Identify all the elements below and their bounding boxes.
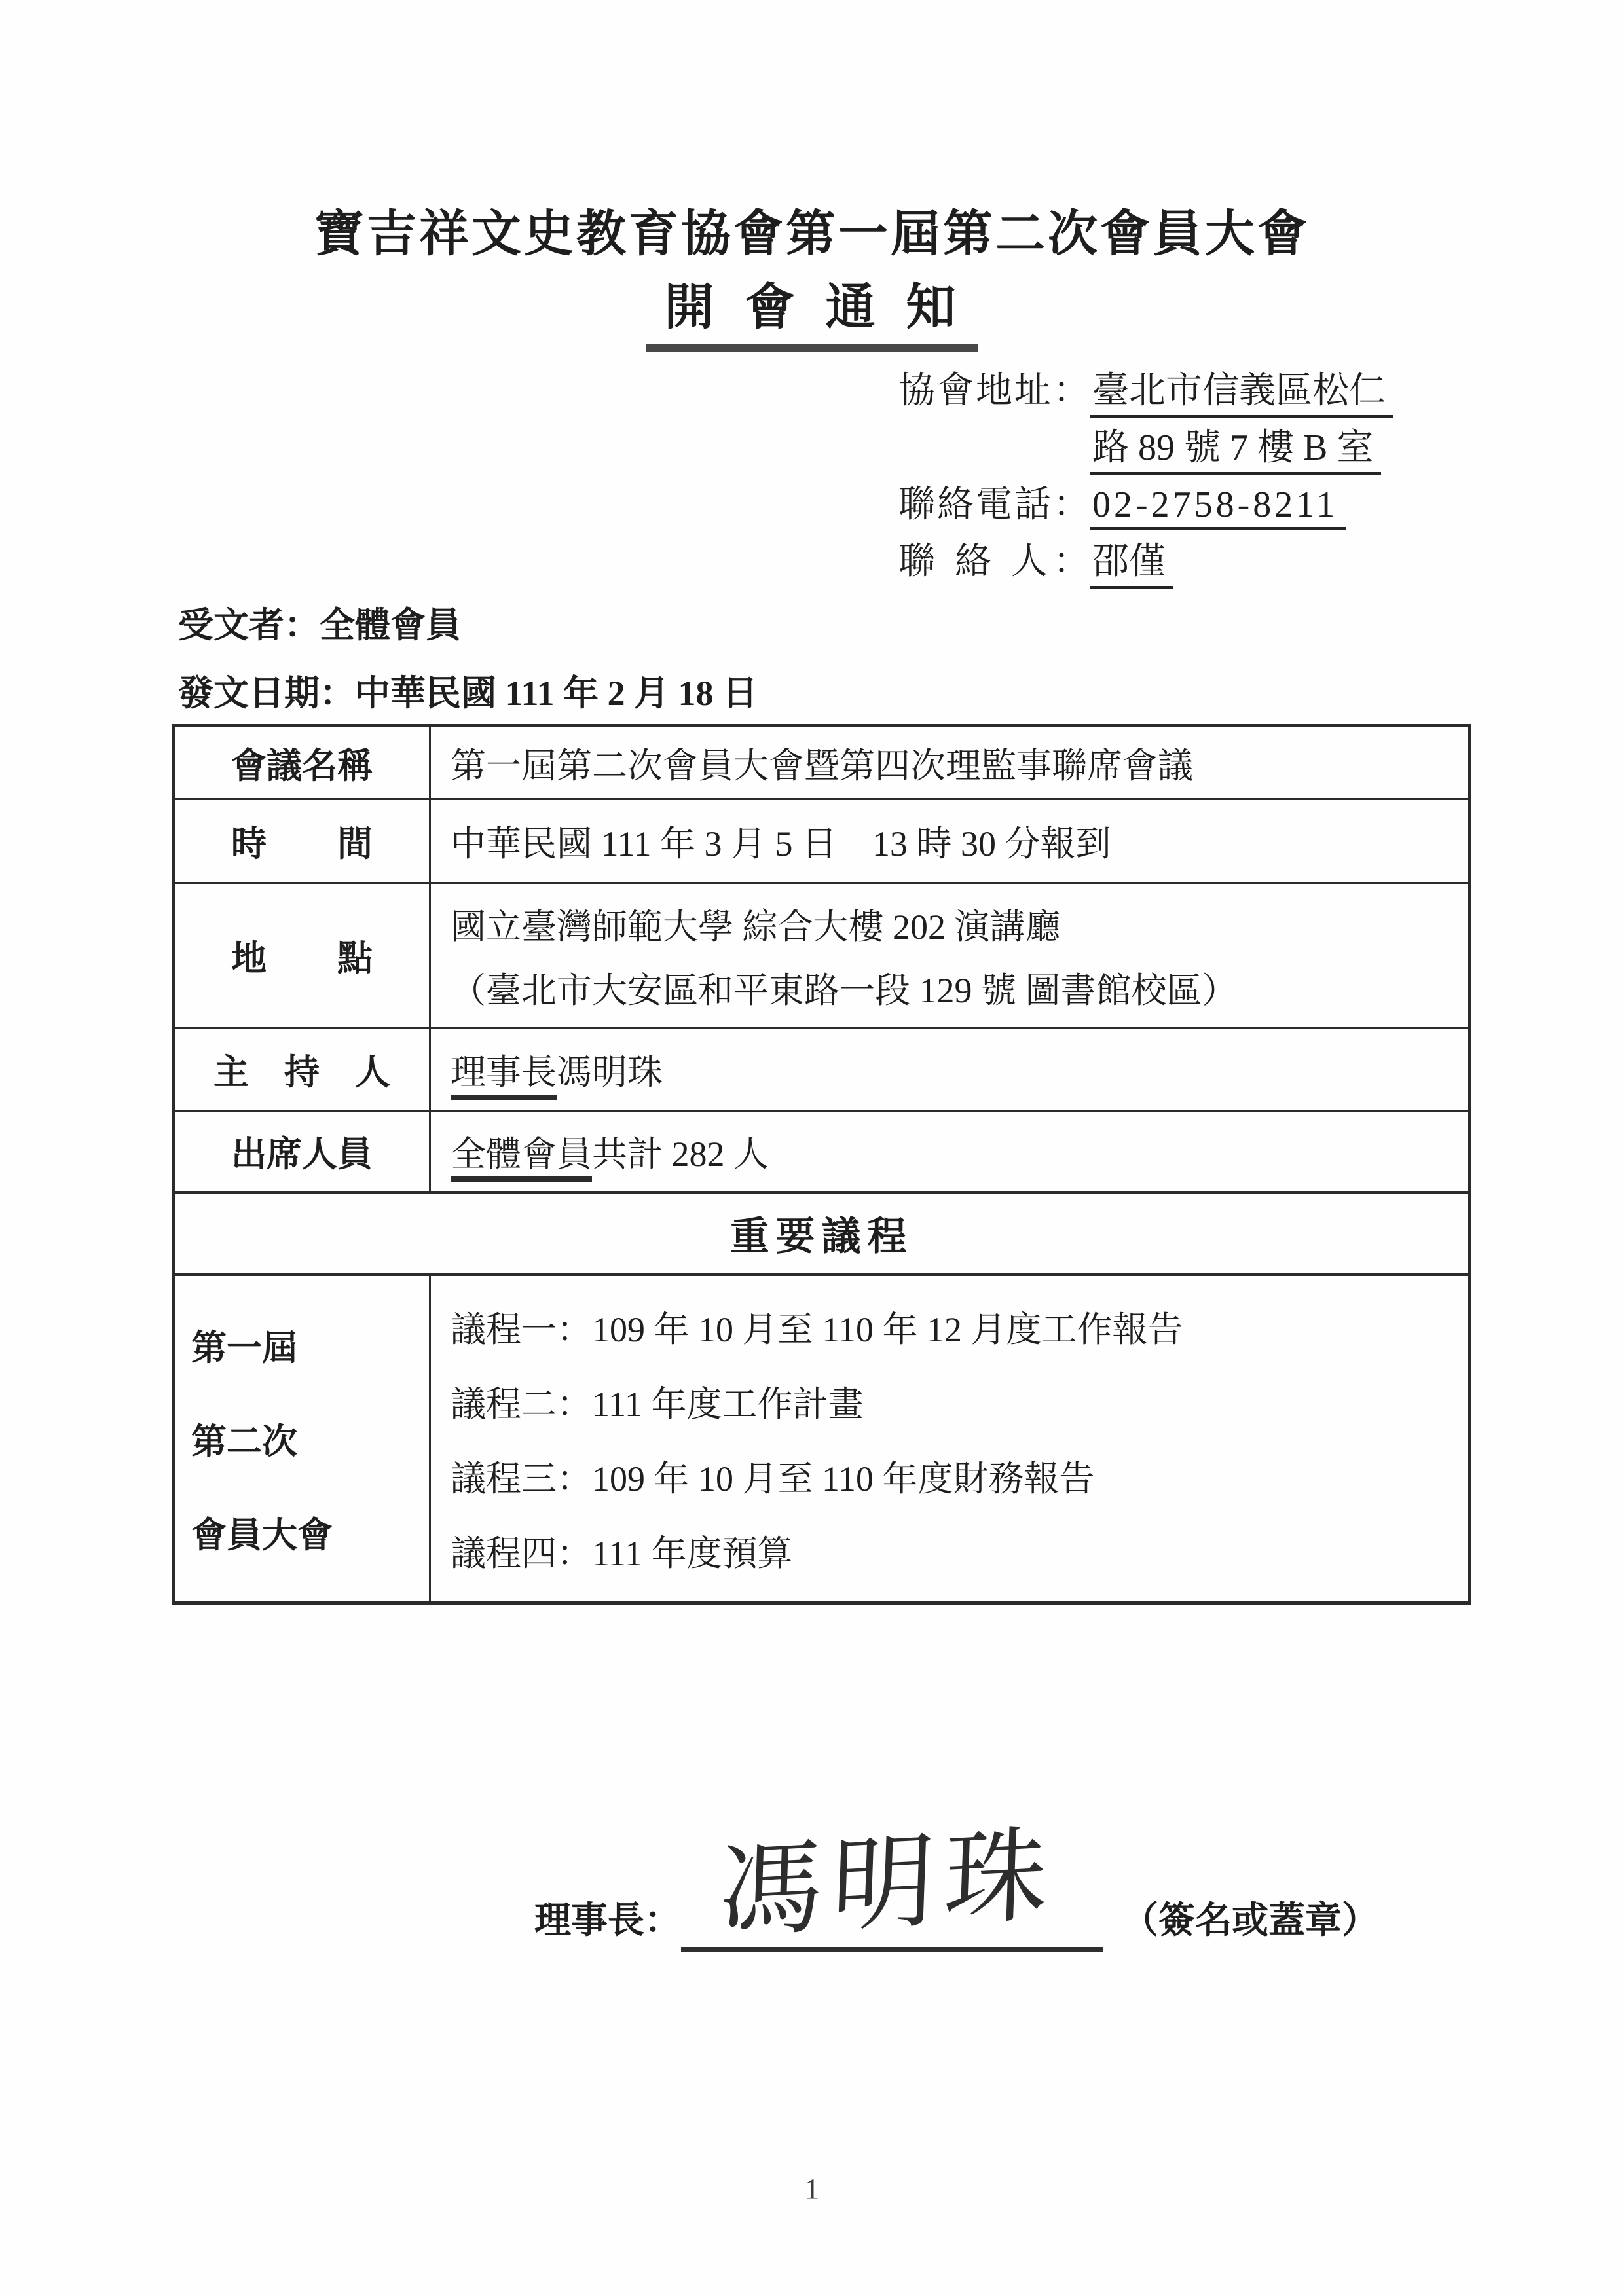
address-value-line2: 路 89 號 7 樓 B 室 bbox=[1090, 418, 1381, 475]
subtitle-row: 開 會 通 知 bbox=[0, 267, 1624, 352]
attendees-count: 共計 282 人 bbox=[592, 1135, 769, 1174]
page-title: 寶吉祥文史教育協會第一屆第二次會員大會 bbox=[0, 194, 1624, 265]
contact-info-block: 協會地址： 臺北市信義區松仁 路 89 號 7 樓 B 室 聯絡電話： 02-2… bbox=[898, 361, 1393, 589]
meeting-name-label: 會議名稱 bbox=[174, 726, 430, 799]
chairman-signature-label: 理事長： bbox=[534, 1891, 681, 1952]
meeting-place-line1: 國立臺灣師範大學 綜合大樓 202 演講廳 bbox=[451, 899, 1467, 949]
address-line: 協會地址： 臺北市信義區松仁 bbox=[898, 361, 1393, 418]
meeting-time-label: 時 間 bbox=[174, 799, 430, 883]
signature-note: （簽名或蓋章） bbox=[1122, 1891, 1378, 1952]
agenda-group-label-lines: 第一屆 第二次 會員大會 bbox=[175, 1277, 428, 1601]
meeting-name-value: 第一屆第二次會員大會暨第四次理監事聯席會議 bbox=[430, 726, 1470, 799]
meeting-time-value: 中華民國 111 年 3 月 5 日 13 時 30 分報到 bbox=[430, 799, 1470, 883]
attendees-label: 出席人員 bbox=[174, 1111, 430, 1193]
address-line-continued: 路 89 號 7 樓 B 室 bbox=[898, 418, 1393, 475]
attendees-value: 全體會員共計 282 人 bbox=[430, 1111, 1470, 1193]
meeting-place-label: 地 點 bbox=[174, 883, 430, 1029]
attendees-group-underlined: 全體會員 bbox=[451, 1135, 592, 1182]
meeting-place-value: 國立臺灣師範大學 綜合大樓 202 演講廳 （臺北市大安區和平東路一段 129 … bbox=[430, 883, 1470, 1029]
signature-line: 馮明珠 bbox=[681, 1884, 1103, 1952]
agenda-group-line3: 會員大會 bbox=[191, 1507, 428, 1558]
agenda-item-1: 議程一：109 年 10 月至 110 年 12 月度工作報告 bbox=[451, 1302, 1467, 1352]
address-label: 協會地址： bbox=[898, 361, 1090, 414]
row-attendees: 出席人員 全體會員共計 282 人 bbox=[174, 1111, 1470, 1193]
row-section-header: 重要議程 bbox=[174, 1193, 1470, 1275]
row-meeting-name: 會議名稱 第一屆第二次會員大會暨第四次理監事聯席會議 bbox=[174, 726, 1470, 799]
agenda-group-line1: 第一屆 bbox=[191, 1320, 428, 1370]
agenda-item-2: 議程二：111 年度工作計畫 bbox=[451, 1376, 1467, 1427]
host-title-underlined: 理事長 bbox=[451, 1053, 557, 1100]
agenda-item-4: 議程四：111 年度預算 bbox=[451, 1525, 1467, 1576]
row-agenda: 第一屆 第二次 會員大會 議程一：109 年 10 月至 110 年 12 月度… bbox=[174, 1275, 1470, 1603]
agenda-item-3: 議程三：109 年 10 月至 110 年度財務報告 bbox=[451, 1451, 1467, 1501]
row-host: 主 持 人 理事長馮明珠 bbox=[174, 1029, 1470, 1111]
host-value: 理事長馮明珠 bbox=[430, 1029, 1470, 1111]
host-label: 主 持 人 bbox=[174, 1029, 430, 1111]
recipient-label: 受文者： bbox=[178, 606, 320, 645]
document-page: 寶吉祥文史教育協會第一屆第二次會員大會 開 會 通 知 協會地址： 臺北市信義區… bbox=[0, 0, 1624, 2296]
address-value-line1: 臺北市信義區松仁 bbox=[1090, 361, 1393, 418]
contact-person-label: 聯 絡 人： bbox=[898, 532, 1090, 585]
row-meeting-place: 地 點 國立臺灣師範大學 綜合大樓 202 演講廳 （臺北市大安區和平東路一段 … bbox=[174, 883, 1470, 1029]
meeting-place-line2: （臺北市大安區和平東路一段 129 號 圖書館校區） bbox=[451, 962, 1467, 1013]
page-number: 1 bbox=[0, 2172, 1624, 2206]
issue-date-label: 發文日期： bbox=[178, 674, 355, 713]
agenda-items-cell: 議程一：109 年 10 月至 110 年 12 月度工作報告 議程二：111 … bbox=[430, 1275, 1470, 1603]
signature-block: 理事長： 馮明珠 （簽名或蓋章） bbox=[534, 1884, 1378, 1952]
host-name: 馮明珠 bbox=[557, 1053, 663, 1092]
contact-person-line: 聯 絡 人： 邵僅 bbox=[898, 532, 1393, 589]
phone-label: 聯絡電話： bbox=[898, 475, 1090, 528]
meeting-place-lines: 國立臺灣師範大學 綜合大樓 202 演講廳 （臺北市大安區和平東路一段 129 … bbox=[451, 886, 1467, 1026]
phone-line: 聯絡電話： 02-2758-8211 bbox=[898, 475, 1393, 532]
notice-subtitle: 開 會 通 知 bbox=[646, 267, 978, 352]
row-meeting-time: 時 間 中華民國 111 年 3 月 5 日 13 時 30 分報到 bbox=[174, 799, 1470, 883]
section-header-important-agenda: 重要議程 bbox=[174, 1193, 1470, 1275]
agenda-group-line2: 第二次 bbox=[191, 1413, 428, 1464]
recipient-line: 受文者：全體會員 bbox=[178, 597, 461, 647]
meeting-info-table: 會議名稱 第一屆第二次會員大會暨第四次理監事聯席會議 時 間 中華民國 111 … bbox=[172, 724, 1471, 1605]
issue-date-line: 發文日期：中華民國 111 年 2 月 18 日 bbox=[178, 665, 758, 716]
contact-person-value: 邵僅 bbox=[1090, 532, 1173, 589]
phone-value: 02-2758-8211 bbox=[1090, 484, 1346, 530]
agenda-items-list: 議程一：109 年 10 月至 110 年 12 月度工作報告 議程二：111 … bbox=[451, 1277, 1467, 1601]
recipient-value: 全體會員 bbox=[320, 606, 461, 645]
agenda-group-label-cell: 第一屆 第二次 會員大會 bbox=[174, 1275, 430, 1603]
issue-date-value: 中華民國 111 年 2 月 18 日 bbox=[355, 674, 758, 713]
signature-handwriting: 馮明珠 bbox=[717, 1824, 1058, 1946]
